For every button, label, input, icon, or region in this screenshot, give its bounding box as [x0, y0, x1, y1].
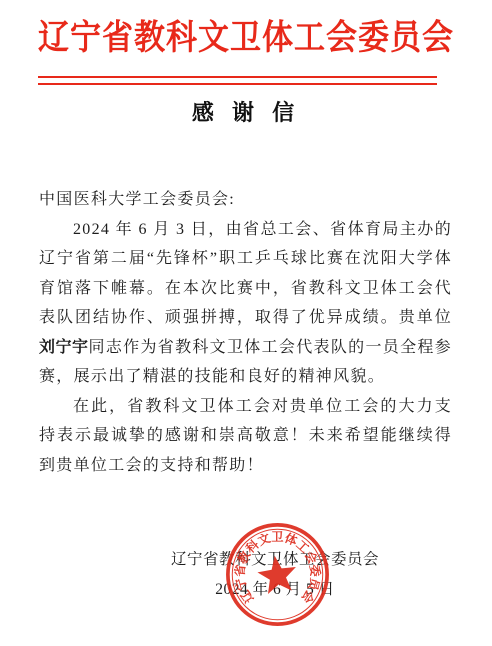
letter-body: 中国医科大学工会委员会: 2024 年 6 月 3 日，由省总工会、省体育局主办… — [39, 185, 452, 480]
seal-char: 文 — [256, 530, 274, 549]
letterhead-title: 辽宁省教科文卫体工会委员会 — [0, 12, 492, 64]
signature-org: 辽宁省教科文卫体工会委员会 — [0, 547, 492, 569]
seal-char: 体 — [283, 530, 301, 549]
seal-inner-ring-icon — [232, 529, 322, 619]
salutation: 中国医科大学工会委员会: — [39, 185, 452, 215]
paragraph-1: 2024 年 6 月 3 日，由省总工会、省体育局主办的辽宁省第二届“先锋杯”职… — [39, 215, 452, 392]
letter-page: 辽宁省教科文卫体工会委员会 感 谢 信 中国医科大学工会委员会: 2024 年 … — [0, 0, 492, 646]
red-double-rule — [38, 76, 437, 85]
paragraph-1-continued: 同志作为省教科文卫体工会代表队的一员全程参赛，展示出了精湛的技能和良好的精神风貌… — [39, 339, 452, 386]
athlete-name: 刘宁宇 — [39, 339, 89, 356]
paragraph-2: 在此，省教科文卫体工会对贵单位工会的大力支持表示最诚挚的感谢和崇高敬意！未来希望… — [39, 392, 452, 481]
letter-title: 感 谢 信 — [0, 99, 492, 127]
official-seal: 辽宁省教科文卫体工会委员会 — [224, 521, 331, 628]
signature-date: 2024 年 6 月 5 日 — [0, 577, 492, 599]
seal-char: 卫 — [271, 530, 283, 544]
paragraph-1-text: 2024 年 6 月 3 日，由省总工会、省体育局主办的辽宁省第二届“先锋杯”职… — [39, 221, 452, 327]
seal-outer-ring-icon — [228, 525, 327, 624]
